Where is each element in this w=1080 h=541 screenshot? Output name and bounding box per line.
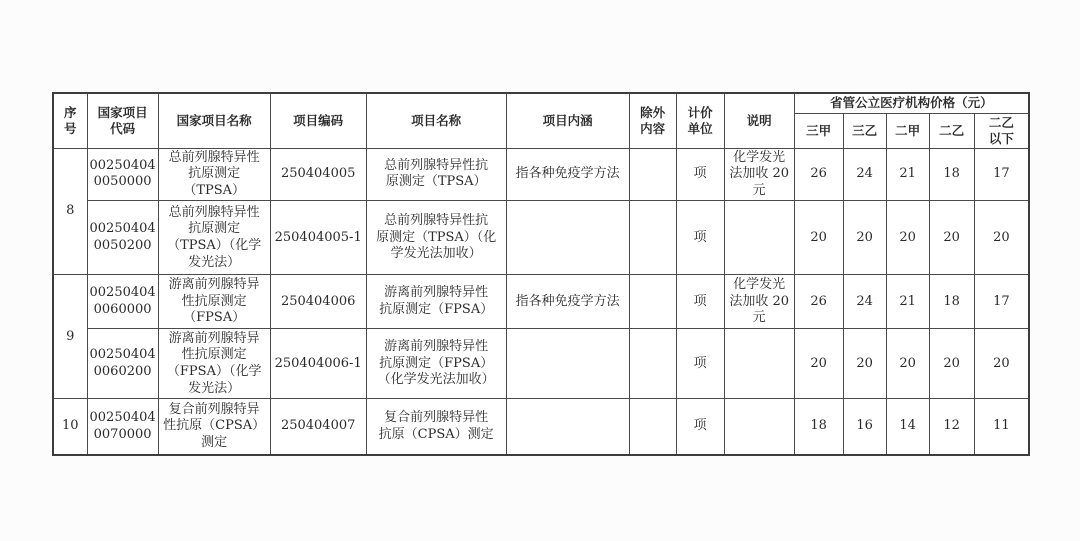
price-cell: 21 bbox=[886, 148, 929, 201]
price-cell: 24 bbox=[843, 275, 886, 329]
price-cell: 18 bbox=[929, 148, 974, 201]
table-row: 00250404 0050200 总前列腺特异性 抗原测定 （TPSA）（化学 … bbox=[53, 201, 1029, 275]
price-cell: 12 bbox=[929, 399, 974, 455]
project-content-cell bbox=[506, 201, 629, 275]
table-row: 9 00250404 0060000 游离前列腺特异 性抗原测定 （FPSA） … bbox=[53, 275, 1029, 329]
seq-cell: 10 bbox=[53, 399, 87, 455]
national-name-cell: 总前列腺特异性 抗原测定 （TPSA） bbox=[158, 148, 270, 201]
price-cell: 20 bbox=[843, 201, 886, 275]
price-cell: 18 bbox=[794, 399, 843, 455]
project-content-cell: 指各种免疫学方法 bbox=[506, 275, 629, 329]
national-name-cell: 游离前列腺特异 性抗原测定 （FPSA）（化学 发光法） bbox=[158, 329, 270, 399]
price-tier-header-sanjia: 三甲 bbox=[794, 113, 843, 148]
col-header-national-name: 国家项目名称 bbox=[158, 93, 270, 148]
pricing-unit-cell: 项 bbox=[676, 148, 724, 201]
price-cell: 24 bbox=[843, 148, 886, 201]
project-code-cell: 250404005-1 bbox=[270, 201, 366, 275]
col-header-exclusions: 除外 内容 bbox=[629, 93, 676, 148]
project-name-cell: 总前列腺特异性抗 原测定（TPSA）（化 学发光法加收） bbox=[366, 201, 506, 275]
seq-cell: 8 bbox=[53, 148, 87, 275]
price-cell: 20 bbox=[929, 329, 974, 399]
col-header-project-code: 项目编码 bbox=[270, 93, 366, 148]
price-cell: 20 bbox=[843, 329, 886, 399]
col-header-seq: 序 号 bbox=[53, 93, 87, 148]
exclusions-cell bbox=[629, 399, 676, 455]
project-name-cell: 复合前列腺特异性 抗原（CPSA）测定 bbox=[366, 399, 506, 455]
price-cell: 16 bbox=[843, 399, 886, 455]
pricing-unit-cell: 项 bbox=[676, 399, 724, 455]
price-tier-header-erjia: 二甲 bbox=[886, 113, 929, 148]
project-name-cell: 总前列腺特异性抗 原测定（TPSA） bbox=[366, 148, 506, 201]
national-code-cell: 00250404 0050000 bbox=[87, 148, 158, 201]
price-cell: 26 bbox=[794, 148, 843, 201]
price-cell: 18 bbox=[929, 275, 974, 329]
project-code-cell: 250404006 bbox=[270, 275, 366, 329]
price-cell: 17 bbox=[974, 275, 1029, 329]
table-row: 00250404 0060200 游离前列腺特异 性抗原测定 （FPSA）（化学… bbox=[53, 329, 1029, 399]
table-row: 8 00250404 0050000 总前列腺特异性 抗原测定 （TPSA） 2… bbox=[53, 148, 1029, 201]
price-cell: 20 bbox=[886, 201, 929, 275]
col-header-notes: 说明 bbox=[724, 93, 794, 148]
notes-cell bbox=[724, 329, 794, 399]
pricing-unit-cell: 项 bbox=[676, 329, 724, 399]
national-name-cell: 游离前列腺特异 性抗原测定 （FPSA） bbox=[158, 275, 270, 329]
exclusions-cell bbox=[629, 275, 676, 329]
exclusions-cell bbox=[629, 201, 676, 275]
price-cell: 11 bbox=[974, 399, 1029, 455]
project-code-cell: 250404005 bbox=[270, 148, 366, 201]
national-code-cell: 00250404 0050200 bbox=[87, 201, 158, 275]
project-name-cell: 游离前列腺特异性 抗原测定（FPSA） （化学发光法加收） bbox=[366, 329, 506, 399]
notes-cell bbox=[724, 399, 794, 455]
price-cell: 21 bbox=[886, 275, 929, 329]
notes-cell: 化学发光 法加收 20 元 bbox=[724, 148, 794, 201]
price-cell: 26 bbox=[794, 275, 843, 329]
col-header-project-name: 项目名称 bbox=[366, 93, 506, 148]
national-code-cell: 00250404 0060000 bbox=[87, 275, 158, 329]
exclusions-cell bbox=[629, 329, 676, 399]
project-name-cell: 游离前列腺特异性 抗原测定（FPSA） bbox=[366, 275, 506, 329]
project-content-cell bbox=[506, 399, 629, 455]
price-cell: 20 bbox=[974, 329, 1029, 399]
col-header-national-code: 国家项目 代码 bbox=[87, 93, 158, 148]
project-code-cell: 250404006-1 bbox=[270, 329, 366, 399]
col-header-price-group: 省管公立医疗机构价格（元） bbox=[794, 93, 1029, 113]
pricing-unit-cell: 项 bbox=[676, 201, 724, 275]
price-cell: 20 bbox=[794, 201, 843, 275]
price-cell: 20 bbox=[794, 329, 843, 399]
notes-cell bbox=[724, 201, 794, 275]
price-tier-header-sanyi: 三乙 bbox=[843, 113, 886, 148]
exclusions-cell bbox=[629, 148, 676, 201]
price-tier-header-below-eryi: 二乙 以下 bbox=[974, 113, 1029, 148]
price-cell: 20 bbox=[929, 201, 974, 275]
national-code-cell: 00250404 0070000 bbox=[87, 399, 158, 455]
project-content-cell bbox=[506, 329, 629, 399]
notes-cell: 化学发光 法加收 20 元 bbox=[724, 275, 794, 329]
seq-cell: 9 bbox=[53, 275, 87, 399]
national-name-cell: 总前列腺特异性 抗原测定 （TPSA）（化学 发光法） bbox=[158, 201, 270, 275]
col-header-project-content: 项目内涵 bbox=[506, 93, 629, 148]
col-header-pricing-unit: 计价 单位 bbox=[676, 93, 724, 148]
price-cell: 20 bbox=[974, 201, 1029, 275]
pricing-unit-cell: 项 bbox=[676, 275, 724, 329]
project-content-cell: 指各种免疫学方法 bbox=[506, 148, 629, 201]
price-table: 序 号 国家项目 代码 国家项目名称 项目编码 项目名称 项目内涵 除外 内容 … bbox=[52, 92, 1030, 456]
national-name-cell: 复合前列腺特异 性抗原（CPSA） 测定 bbox=[158, 399, 270, 455]
price-cell: 14 bbox=[886, 399, 929, 455]
price-cell: 20 bbox=[886, 329, 929, 399]
price-tier-header-eryi: 二乙 bbox=[929, 113, 974, 148]
table-row: 10 00250404 0070000 复合前列腺特异 性抗原（CPSA） 测定… bbox=[53, 399, 1029, 455]
project-code-cell: 250404007 bbox=[270, 399, 366, 455]
document-page: 序 号 国家项目 代码 国家项目名称 项目编码 项目名称 项目内涵 除外 内容 … bbox=[0, 0, 1080, 541]
national-code-cell: 00250404 0060200 bbox=[87, 329, 158, 399]
price-cell: 17 bbox=[974, 148, 1029, 201]
